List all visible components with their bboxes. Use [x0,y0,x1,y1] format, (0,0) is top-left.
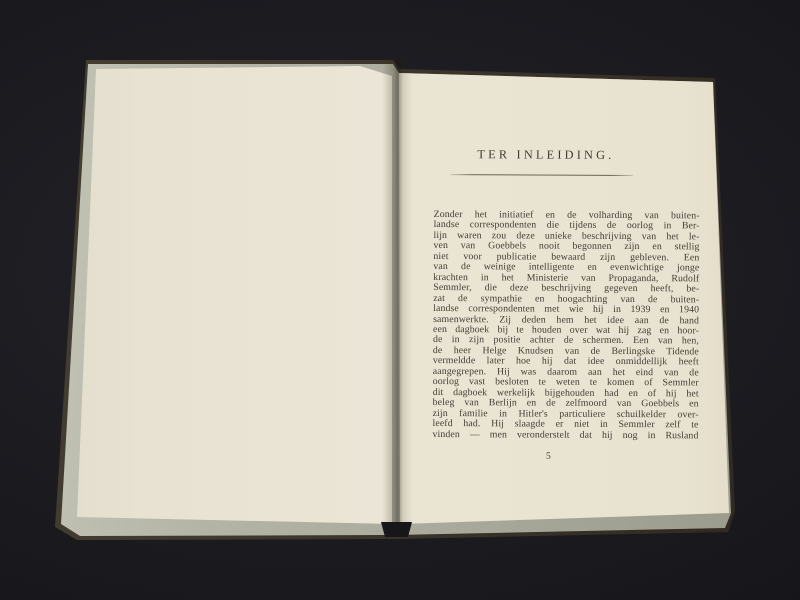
right-page-content: TER INLEIDING. Zonder het initiatief en … [432,146,700,477]
photo-background: TER INLEIDING. Zonder het initiatief en … [0,0,800,600]
page-title: TER INLEIDING. [413,148,679,162]
heading-rule [451,174,633,176]
book-gutter-crease [382,58,412,530]
page-body-text: Zonder het initiatief en de volharding v… [432,210,699,441]
page-number: 5 [415,451,681,462]
